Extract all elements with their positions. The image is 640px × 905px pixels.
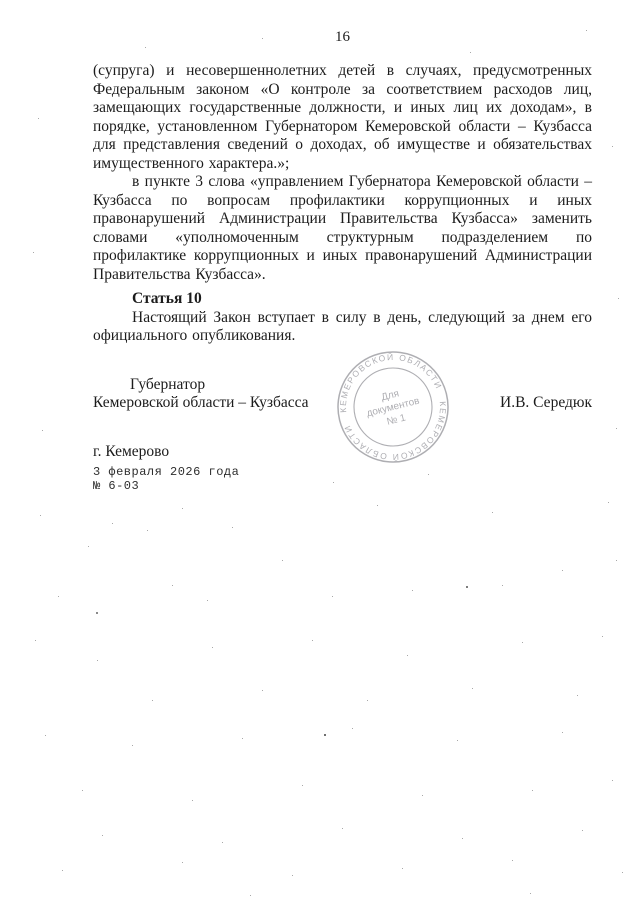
body-paragraph: в пункте 3 слова «управлением Губернатор… [93, 173, 592, 284]
article-paragraph: Настоящий Закон вступает в силу в день, … [93, 309, 592, 346]
document-sheet: 16 (супруга) и несовершеннолетних детей … [0, 0, 640, 905]
article-heading: Статья 10 [93, 290, 592, 309]
footer-document-number: № 6-03 [93, 479, 592, 493]
signature-position-line1: Губернатор [130, 376, 309, 395]
page-number: 16 [93, 28, 592, 47]
signature-block: Губернатор Кемеровской области – Кузбасс… [93, 376, 592, 413]
signature-position-line2: Кемеровской области – Кузбасса [93, 394, 309, 413]
signature-name: И.В. Середюк [500, 394, 592, 413]
body-paragraph: (супруга) и несовершеннолетних детей в с… [93, 62, 592, 173]
footer-date: 3 февраля 2026 года [93, 465, 592, 479]
signature-position: Губернатор Кемеровской области – Кузбасс… [93, 376, 309, 413]
scan-noise-dark [0, 0, 2, 2]
footer-city: г. Кемерово [93, 443, 592, 462]
text-column: 16 (супруга) и несовершеннолетних детей … [93, 0, 592, 493]
